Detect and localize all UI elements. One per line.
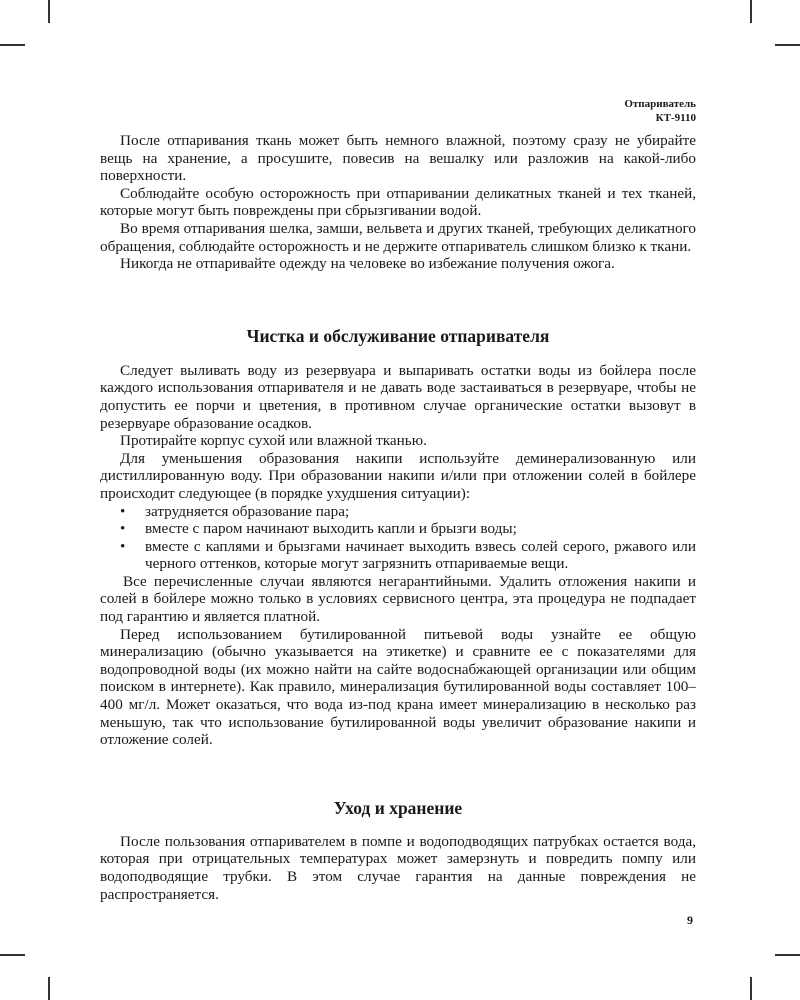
paragraph: Для уменьшения образования накипи исполь… [100, 450, 696, 503]
crop-mark-top-right-vertical [750, 0, 752, 23]
list-item: • вместе с паром начинают выходить капли… [100, 520, 696, 538]
paragraph: Все перечисленные случаи являются негара… [100, 573, 696, 626]
crop-mark-bottom-left-vertical [48, 977, 50, 1000]
list-item-text: затрудняется образование пара; [145, 503, 349, 520]
paragraph: После пользования отпаривателем в помпе … [100, 833, 696, 903]
crop-mark-top-left-horizontal [0, 44, 25, 46]
bullet-list: • затрудняется образование пара; • вмест… [100, 503, 696, 573]
page-content: После отпаривания ткань может быть немно… [100, 132, 696, 903]
section-heading-cleaning: Чистка и обслуживание отпаривателя [100, 325, 696, 347]
header-product-title: Отпариватель [624, 97, 696, 111]
bullet-icon: • [120, 503, 125, 521]
list-item: • вместе с каплями и брызгами начинает в… [100, 538, 696, 573]
bullet-icon: • [120, 520, 125, 538]
list-item-text: вместе с паром начинают выходить капли и… [145, 520, 517, 537]
section-heading-storage: Уход и хранение [100, 797, 696, 819]
paragraph: После отпаривания ткань может быть немно… [100, 132, 696, 185]
crop-mark-top-right-horizontal [775, 44, 800, 46]
header-model: КТ-9110 [624, 111, 696, 125]
paragraph: Во время отпаривания шелка, замши, вельв… [100, 220, 696, 255]
running-header: Отпариватель КТ-9110 [624, 97, 696, 125]
paragraph: Протирайте корпус сухой или влажной ткан… [100, 432, 696, 450]
paragraph: Соблюдайте особую осторожность при отпар… [100, 185, 696, 220]
list-item: • затрудняется образование пара; [100, 503, 696, 521]
crop-mark-bottom-right-vertical [750, 977, 752, 1000]
crop-mark-bottom-left-horizontal [0, 954, 25, 956]
bullet-icon: • [120, 538, 125, 556]
paragraph: Следует выливать воду из резервуара и вы… [100, 362, 696, 432]
crop-mark-top-left-vertical [48, 0, 50, 23]
list-item-text: вместе с каплями и брызгами начинает вых… [145, 538, 696, 573]
page-number: 9 [687, 913, 693, 928]
crop-mark-bottom-right-horizontal [775, 954, 800, 956]
paragraph: Никогда не отпаривайте одежду на человек… [100, 255, 696, 273]
paragraph: Перед использованием бутилированной пить… [100, 626, 696, 749]
